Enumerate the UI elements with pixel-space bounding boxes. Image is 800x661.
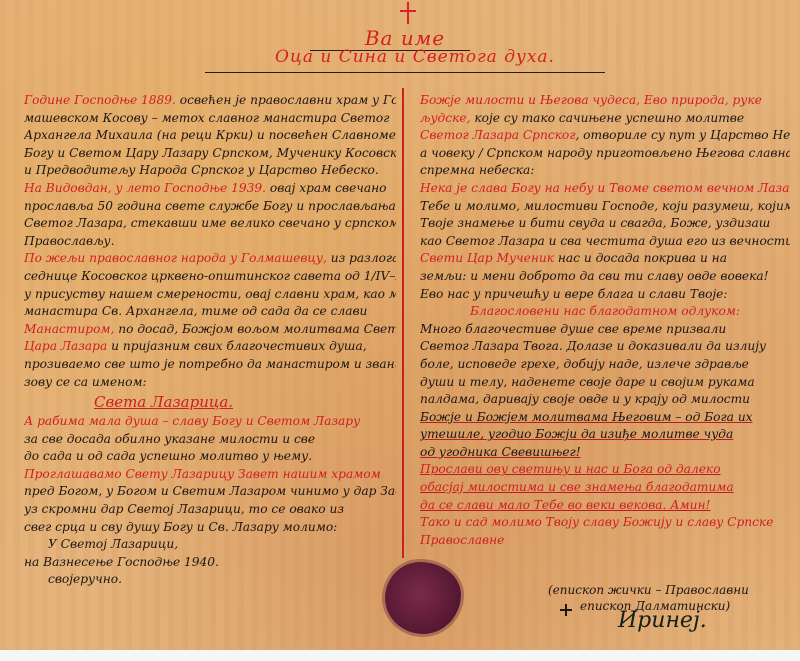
text-line: до сада и од сада успешно молитво у њему… bbox=[24, 448, 396, 466]
text-line: Манастиром, по досад, Божјом вољом молит… bbox=[24, 321, 396, 339]
text-line: обасјај милостима и све знамења благодат… bbox=[420, 479, 790, 497]
wax-seal bbox=[385, 562, 461, 634]
text-line: Православне bbox=[420, 532, 790, 550]
text-line: По жељи православног народа у Голмашевцу… bbox=[24, 250, 396, 268]
text-line: Твоје знамење и бити свуда и свагда, Бож… bbox=[420, 215, 790, 233]
text-line: Светог Лазара, стекавши име велико свеча… bbox=[24, 215, 396, 233]
right-column: Божје милости и Његова чудеса, Ево приро… bbox=[420, 92, 790, 549]
text-line: Тебе и молимо, милостиви Господе, који р… bbox=[420, 198, 790, 216]
text-line: свег срца и сву душу Богу и Св. Лазару м… bbox=[24, 519, 396, 537]
text-line: за све досада обилно указане милости и с… bbox=[24, 431, 396, 449]
text-line: боле, исповеде грехе, добију наде, излеч… bbox=[420, 356, 790, 374]
text-line: спремна небеска: bbox=[420, 162, 790, 180]
text-line: На Видовдан, у лето Господње 1939. овај … bbox=[24, 180, 396, 198]
text-line: Православљу. bbox=[24, 233, 396, 251]
section-heading: Света Лазарица. bbox=[24, 391, 396, 413]
text-line: палдама, даривају своје овде и у крају о… bbox=[420, 391, 790, 409]
text-line: прозиваемо све што је потребно да манаст… bbox=[24, 356, 396, 374]
text-line: А рабима мала душа – славу Богу и Светом… bbox=[24, 413, 396, 431]
text-line: пред Богом, у Богом и Светим Лазаром чин… bbox=[24, 483, 396, 501]
text-line: манастира Св. Архангела, тиме од сада да… bbox=[24, 303, 396, 321]
signature-cross-icon bbox=[560, 604, 572, 616]
closing-date: на Вазнесење Господње 1940. bbox=[24, 554, 396, 572]
text-line: прославља 50 година свете службе Богу и … bbox=[24, 198, 396, 216]
closing-place: У Светој Лазарици, bbox=[24, 536, 396, 554]
text-line: Године Господње 1889. освећен је правосл… bbox=[24, 92, 396, 110]
text-line: у присуству нашем смерености, овај славн… bbox=[24, 286, 396, 304]
text-line: Архангела Михаила (на реци Крки) и посве… bbox=[24, 127, 396, 145]
text-line: седнице Косовског црквено-општинског сав… bbox=[24, 268, 396, 286]
signature-title-1: (епископ жички – Православни bbox=[548, 582, 749, 598]
column-divider bbox=[402, 88, 404, 558]
text-line: Проглашавамо Свету Лазарицу Завет нашим … bbox=[24, 466, 396, 484]
subtitle-underline bbox=[205, 72, 605, 73]
text-line: као Светог Лазара и сва честита душа его… bbox=[420, 233, 790, 251]
text-line: и Предводитељу Народа Српског у Царство … bbox=[24, 162, 396, 180]
text-line: од угодника Свевишњег! bbox=[420, 444, 790, 462]
text-line: људске, које су тако сачињене успешно мо… bbox=[420, 110, 790, 128]
text-line: Богу и Светом Цару Лазару Српском, Мучен… bbox=[24, 145, 396, 163]
text-line: Прослави ову светињу и нас и Бога од дал… bbox=[420, 461, 790, 479]
text-line: Светог Лазара Српског, отвориле су пут у… bbox=[420, 127, 790, 145]
signature-name: Иринеј. bbox=[618, 608, 707, 633]
text-line: а човеку / Српском народу приготовљено Њ… bbox=[420, 145, 790, 163]
image-border bbox=[0, 650, 800, 661]
text-line: Нека је слава Богу на небу и Твоме свето… bbox=[420, 180, 790, 198]
text-line: машевском Косову – метох славног манасти… bbox=[24, 110, 396, 128]
text-line: Светог Лазара Твога. Долазе и доказивали… bbox=[420, 338, 790, 356]
text-line: да се слави мало Тебе во веки векова. Ам… bbox=[420, 497, 790, 515]
text-line: утешиле, угодио Божји да изиђе молитве ч… bbox=[420, 426, 790, 444]
text-line: Тако и сад молимо Твоју славу Божију и с… bbox=[420, 514, 790, 532]
text-line: Много благочестиве душе све време призва… bbox=[420, 321, 790, 339]
text-line: души и телу, наденете своје даре и своји… bbox=[420, 374, 790, 392]
text-line: Цара Лазара и пријазним свих благочестив… bbox=[24, 338, 396, 356]
text-line: Божје и Божјем молитвама Његовим – од Бо… bbox=[420, 409, 790, 427]
document-subtitle: Оца и Сина и Светога духа. bbox=[220, 47, 610, 67]
text-line: уз скромни дар Светој Лазарици, то се ов… bbox=[24, 501, 396, 519]
text-line: земљи: и мени доброто да сви ти славу ов… bbox=[420, 268, 790, 286]
document-paper: Ва име Оца и Сина и Светога духа. Године… bbox=[0, 0, 800, 650]
text-line: Божје милости и Његова чудеса, Ево приро… bbox=[420, 92, 790, 110]
text-line: Ево нас у причешћу и вере блага и слави … bbox=[420, 286, 790, 304]
closing-note: својеручно. bbox=[24, 571, 396, 589]
text-line: Свети Цар Мученик нас и досада покрива и… bbox=[420, 250, 790, 268]
left-column: Године Господње 1889. освећен је правосл… bbox=[24, 92, 396, 589]
section-subheading: Благословени нас благодатном одлуком: bbox=[420, 303, 790, 321]
text-line: зову се са именом: bbox=[24, 374, 396, 392]
cross-icon bbox=[400, 2, 416, 24]
